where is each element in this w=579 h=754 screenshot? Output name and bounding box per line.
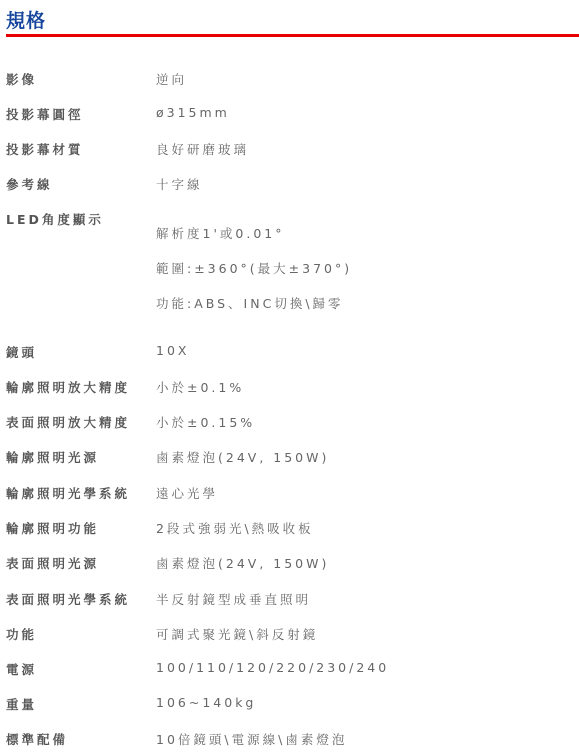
spec-row-power: 電源 100/110/120/220/230/240 [0, 660, 579, 680]
spec-label: 投影幕材質 [6, 140, 84, 158]
spec-value: 半反射鏡型成垂直照明 [156, 590, 311, 608]
spec-row-contour-light-source: 輪廓照明光源 鹵素燈泡(24V, 150W) [0, 448, 579, 468]
spec-label: 影像 [6, 70, 37, 88]
spec-label: 表面照明光源 [6, 554, 99, 572]
spec-label: 輪廓照明光源 [6, 448, 99, 466]
spec-label: 電源 [6, 660, 37, 678]
spec-label: 輪廓照明放大精度 [6, 378, 130, 396]
spec-label: 表面照明放大精度 [6, 413, 130, 431]
spec-value: 106~140kg [156, 695, 256, 710]
spec-value: 遠心光學 [156, 484, 218, 502]
spec-value-range: 範圍:±360°(最大±370°) [156, 259, 352, 277]
spec-row-contour-optical-system: 輪廓照明光學系統 遠心光學 [0, 484, 579, 504]
spec-row-reference-line: 參考線 十字線 [0, 175, 579, 195]
spec-row-surface-light-source: 表面照明光源 鹵素燈泡(24V, 150W) [0, 554, 579, 574]
spec-row-lens: 鏡頭 10X [0, 343, 579, 363]
spec-row-contour-magnification-accuracy: 輪廓照明放大精度 小於±0.1% [0, 378, 579, 398]
spec-value: 鹵素燈泡(24V, 150W) [156, 554, 329, 572]
spec-value: 2段式強弱光\熱吸收板 [156, 519, 314, 537]
spec-row-weight: 重量 106~140kg [0, 695, 579, 715]
spec-label: 功能 [6, 625, 37, 643]
spec-label: 參考線 [6, 175, 53, 193]
section-title: 規格 [6, 6, 46, 33]
spec-row-surface-optical-system: 表面照明光學系統 半反射鏡型成垂直照明 [0, 590, 579, 610]
spec-row-contour-function: 輪廓照明功能 2段式強弱光\熱吸收板 [0, 519, 579, 539]
spec-value-function: 功能:ABS、INC切換\歸零 [156, 294, 344, 312]
spec-label: LED角度顯示 [6, 210, 104, 228]
spec-value: 小於±0.15% [156, 413, 255, 431]
spec-value: 100/110/120/220/230/240 [156, 660, 389, 675]
spec-row-led-angle-display: LED角度顯示 解析度1'或0.01° 範圍:±360°(最大±370°) 功能… [0, 210, 579, 320]
spec-label: 表面照明光學系統 [6, 590, 130, 608]
spec-value: 良好研磨玻璃 [156, 140, 249, 158]
spec-value: 鹵素燈泡(24V, 150W) [156, 448, 329, 466]
spec-label: 標準配備 [6, 730, 68, 748]
spec-value: 十字線 [156, 175, 203, 193]
spec-row-standard-accessories: 標準配備 10倍鏡頭\電源線\鹵素燈泡 [0, 730, 579, 750]
title-divider [6, 34, 579, 37]
spec-value-resolution: 解析度1'或0.01° [156, 224, 284, 242]
spec-label: 投影幕圓徑 [6, 105, 84, 123]
spec-value: 10X [156, 343, 189, 358]
spec-label: 輪廓照明光學系統 [6, 484, 130, 502]
spec-value: ø315mm [156, 105, 230, 120]
spec-row-function: 功能 可調式聚光鏡\斜反射鏡 [0, 625, 579, 645]
spec-value: 小於±0.1% [156, 378, 244, 396]
spec-row-screen-material: 投影幕材質 良好研磨玻璃 [0, 140, 579, 160]
spec-value: 10倍鏡頭\電源線\鹵素燈泡 [156, 730, 347, 748]
spec-label: 鏡頭 [6, 343, 37, 361]
spec-row-image: 影像 逆向 [0, 70, 579, 90]
spec-label: 輪廓照明功能 [6, 519, 99, 537]
spec-row-surface-magnification-accuracy: 表面照明放大精度 小於±0.15% [0, 413, 579, 433]
spec-value: 逆向 [156, 70, 187, 88]
spec-value: 可調式聚光鏡\斜反射鏡 [156, 625, 318, 643]
spec-row-screen-diameter: 投影幕圓徑 ø315mm [0, 105, 579, 125]
spec-label: 重量 [6, 695, 37, 713]
